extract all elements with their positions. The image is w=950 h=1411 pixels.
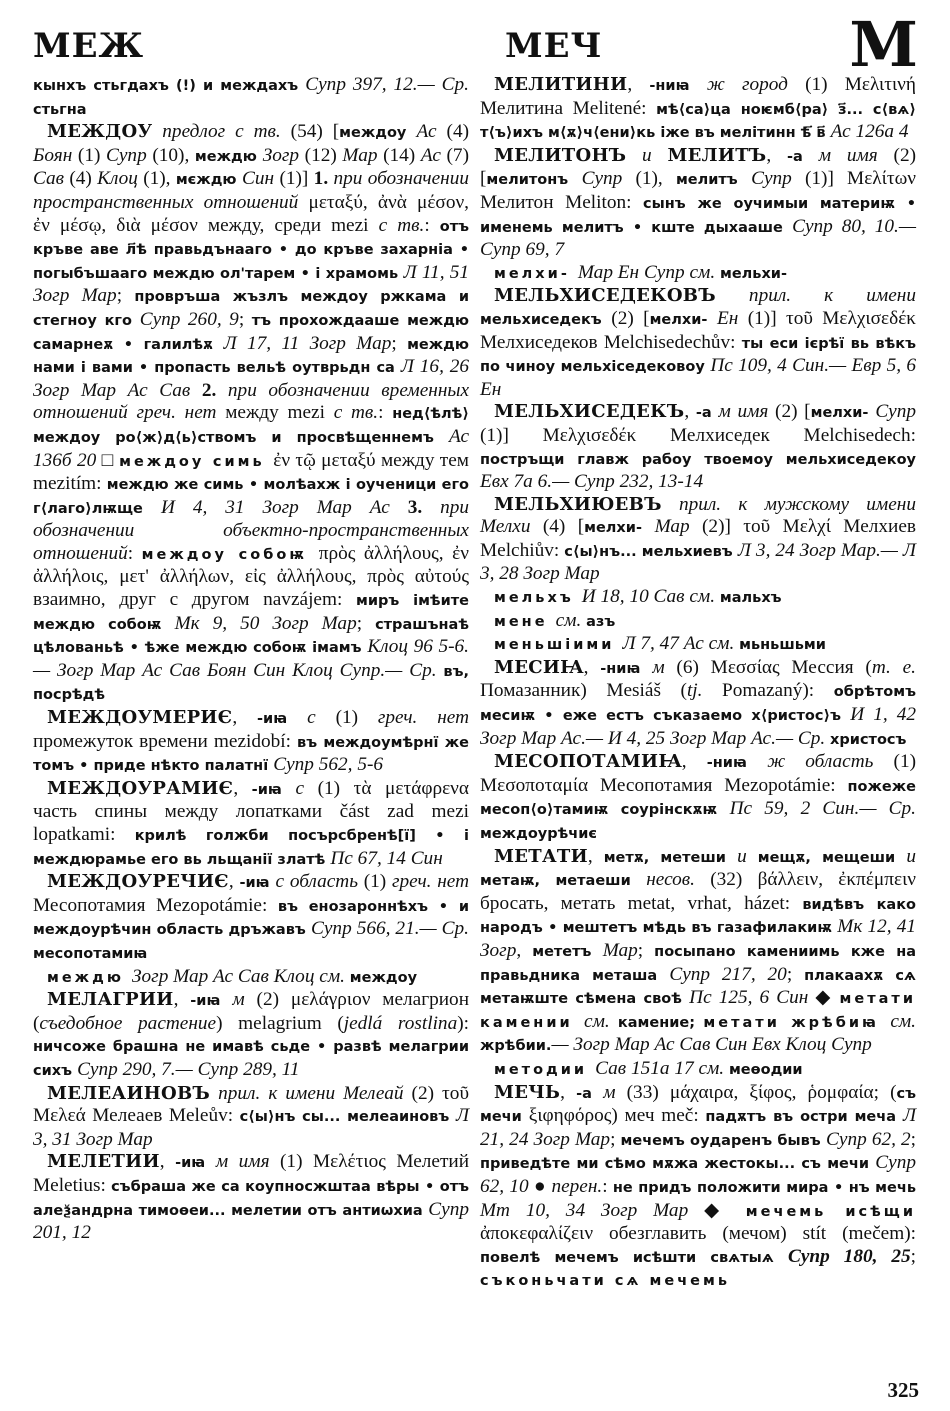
- dictionary-entry: МЕЧЬ, -а м (33) μάχαιρα, ξίφος, ῥομφαία;…: [480, 1082, 916, 1293]
- entry-text: мелхи-: [811, 405, 876, 421]
- entry-text: 1.: [314, 168, 334, 189]
- entry-text: :: [602, 1176, 613, 1197]
- entry-text: Евх 7а 6.— Супр 232, 13-14: [480, 471, 703, 492]
- entry-text: мальхъ: [720, 590, 782, 606]
- dictionary-entry: МЕЖДОУ предлог с тв. (54) [междоу Ас (4)…: [33, 121, 469, 707]
- entry-text: месопотамиꙗ: [33, 946, 147, 962]
- entry-text: междю: [195, 149, 263, 165]
- entry-text: -иꙗ: [190, 993, 232, 1009]
- entry-text: Боян: [33, 145, 78, 166]
- entry-text: ,: [160, 1151, 175, 1172]
- dictionary-entry: МЕЛЬХИЮЕВЪ прил. к мужскому имени Мелхи …: [480, 494, 916, 586]
- entry-text: (4): [69, 168, 97, 189]
- entry-text: ●: [534, 1176, 551, 1197]
- section-letter: М: [849, 14, 918, 76]
- entry-text: мелитонъ: [486, 172, 581, 188]
- headword: МЕЖДОУ: [47, 121, 152, 142]
- left-running-head: МЕЖ: [33, 26, 144, 66]
- cross-reference-entry: методии Сав 151а 17 см. меѳодии: [480, 1058, 916, 1082]
- dictionary-entry: МЕЛЬХИСЕДЕКОВЪ прил. к имени мельхиседек…: [480, 285, 916, 401]
- entry-text: прил. к имени Мелеай: [210, 1083, 411, 1104]
- entry-text: ,: [584, 657, 601, 678]
- entry-text: Супр: [582, 168, 636, 189]
- entry-text: (54) [: [291, 121, 339, 142]
- headword: МЕЧЬ: [494, 1082, 560, 1103]
- headword: МЕСИꙖ: [494, 657, 584, 678]
- entry-text: Пс 125, 6 Син: [689, 987, 815, 1008]
- entry-text: м: [652, 657, 676, 678]
- entry-text: Сав: [33, 168, 69, 189]
- entry-text: мелхи-: [650, 312, 717, 328]
- entry-text: ,: [233, 778, 251, 799]
- entry-text: ж город: [707, 74, 805, 95]
- entry-text: падѫтъ въ остри меча: [705, 1109, 903, 1125]
- entry-text: (33) μάχαιρα, ξίφος, ῥομφαία; (: [627, 1082, 897, 1103]
- entry-text: Ен: [717, 308, 748, 329]
- entry-text: tj.: [687, 680, 703, 701]
- entry-text: см.: [556, 610, 587, 631]
- entry-text: междоу: [339, 125, 416, 141]
- entry-text: мелхи-: [584, 520, 654, 536]
- headword: МЕЛЬХИСЕДЕКЪ: [494, 401, 684, 422]
- dictionary-entry: МЕЛИТИНИ, -ниꙗ ж город (1) Μελιτινή Мели…: [480, 74, 916, 145]
- headword: МЕЛАГРИИ: [47, 989, 174, 1010]
- entry-text: :: [128, 543, 142, 564]
- entry-text: -иꙗ: [175, 1155, 216, 1171]
- entry-text: Син: [242, 168, 279, 189]
- headword: МЕЛИТОНЪ: [494, 145, 626, 166]
- entry-text: с⟨ы⟩нъ сы... мелеаиновъ: [240, 1109, 456, 1125]
- entry-text: м имя: [819, 145, 894, 166]
- entry-text: Сав 151а 17 см.: [595, 1058, 729, 1079]
- entry-text: 3.: [408, 497, 440, 518]
- cross-reference-entry: мельхъ И 18, 10 Сав см. мальхъ: [480, 586, 916, 610]
- entry-text: (10),: [152, 145, 195, 166]
- headword: МЕЛЬХИСЕДЕКОВЪ: [494, 285, 716, 306]
- cross-reference-entry: мене см. азъ: [480, 610, 916, 634]
- entry-text: не придъ положити мира • нъ мечь: [613, 1180, 916, 1196]
- entry-text: И 18, 10 Сав см.: [582, 586, 720, 607]
- entry-text: 2.: [202, 380, 228, 401]
- entry-text: -иꙗ: [252, 782, 296, 798]
- entry-text: мельхъ: [494, 590, 582, 606]
- entry-text: (1),: [143, 168, 176, 189]
- headword: МЕЛЕАИНОВЪ: [47, 1083, 210, 1104]
- entry-text: ;: [117, 285, 135, 306]
- entry-text: ;: [391, 333, 407, 354]
- headword: МЕЛЬХИЮЕВЪ: [494, 494, 662, 515]
- entry-text: (2) [: [611, 308, 649, 329]
- headword: МЕЖДОУРАМИЄ: [47, 778, 233, 799]
- right-running-head: МЕЧ: [505, 26, 603, 66]
- entry-text: ἀποκεφαλίζειν обезглавить (мечом) stít (…: [480, 1223, 916, 1244]
- entry-text: ;: [610, 1129, 620, 1150]
- entry-text: междоурѣчиє: [480, 826, 597, 842]
- entry-text: промежуток времени mezidobí:: [33, 731, 297, 752]
- entry-text: с тв.: [334, 402, 378, 423]
- entry-text: см.: [890, 1011, 916, 1032]
- entry-text: Помазанник) Mesiáš (: [480, 680, 687, 701]
- dictionary-entry: МЕЛЬХИСЕДЕКЪ, -а м имя (2) [мелхи- Супр …: [480, 401, 916, 493]
- page-header: МЕЖ МЕЧ М: [30, 14, 920, 74]
- entry-text: мелхи-: [494, 266, 578, 282]
- headword: МЕЖДОУМЕРИЄ: [47, 707, 232, 728]
- entry-text: ξιφηφόρος) меч meč:: [529, 1105, 706, 1126]
- entry-text: прил. к имени: [716, 285, 916, 306]
- entry-text: мєждю: [176, 172, 242, 188]
- entry-text: Супр 260, 9: [140, 309, 239, 330]
- entry-text: jedlá rostlina: [344, 1013, 457, 1034]
- entry-text: ,: [174, 989, 191, 1010]
- entry-text: мечемъ оударенъ бывъ: [621, 1133, 827, 1149]
- cross-reference-entry: мелхи- Мар Ен Супр см. мельхи-: [480, 262, 916, 286]
- entry-text: ,: [516, 940, 532, 961]
- entry-text: азъ: [586, 614, 615, 630]
- entry-text: (1): [336, 707, 378, 728]
- dictionary-page: МЕЖ МЕЧ М кынхъ стьгдахъ (!) и междахъ С…: [0, 0, 950, 1411]
- entry-text: и: [737, 846, 758, 867]
- entry-text: Супр 290, 7.— Супр 289, 11: [77, 1059, 299, 1080]
- entry-text: МЕЛИТЪ: [667, 145, 766, 166]
- entry-text: с: [296, 778, 318, 799]
- entry-text: ;: [357, 613, 375, 634]
- entry-text: предлог с тв.: [152, 121, 290, 142]
- dictionary-entry: МЕЛЕТИИ, -иꙗ м имя (1) Μελέτιος Мелетий …: [33, 1151, 469, 1244]
- entry-text: несов.: [646, 869, 710, 890]
- entry-text: Месопотамия Mezopotámie:: [33, 895, 278, 916]
- entry-text: м: [232, 989, 256, 1010]
- entry-text: — Зогр Мар Ас Сав Син Евх Клоц Супр: [551, 1034, 871, 1055]
- entry-text: Зогр: [263, 145, 305, 166]
- entry-text: ) melagrium (: [216, 1013, 344, 1034]
- entry-text: постръщи главж рабоу твоемоу мельхиседек…: [480, 452, 916, 468]
- entry-text: мельхиседекъ: [480, 312, 611, 328]
- entry-text: Ас: [421, 145, 447, 166]
- entry-text: -иꙗ: [239, 875, 275, 891]
- entry-text: -а: [787, 149, 819, 165]
- dictionary-entry: МЕЛИТОНЪ и МЕЛИТЪ, -а м имя (2) [мелитон…: [480, 145, 916, 262]
- cross-reference-entry: междю Зогр Мар Ас Сав Клоц см. междоу: [33, 966, 469, 990]
- entry-text: Клоц: [97, 168, 143, 189]
- entry-text: ,: [560, 1082, 576, 1103]
- entry-text: ;: [239, 309, 252, 330]
- entry-text: ,: [229, 871, 240, 892]
- entry-text: -ниꙗ: [707, 755, 767, 771]
- entry-text: Ас: [417, 121, 447, 142]
- continued-entry: кынхъ стьгдахъ (!) и междахъ Супр 397, 1…: [33, 74, 469, 121]
- entry-text: Мар: [655, 516, 702, 537]
- entry-text: междоу симь: [119, 454, 273, 470]
- entry-text: ,: [588, 846, 604, 867]
- entry-text: съконьчати сѧ мечемь: [480, 1273, 730, 1289]
- entry-text: м имя: [719, 401, 776, 422]
- entry-text: ):: [457, 1013, 469, 1034]
- entry-text: :: [424, 215, 439, 236]
- entry-text: перен.: [551, 1176, 602, 1197]
- entry-text: камение;: [618, 1015, 704, 1031]
- entry-text: с⟨ы⟩нъ... мельхиевъ: [564, 544, 738, 560]
- entry-text: Ас 126а 4: [831, 121, 909, 142]
- headword: МЕТАТИ: [494, 846, 588, 867]
- entry-text: метаѭ, метаеши: [480, 873, 646, 889]
- entry-text: ;: [638, 940, 654, 961]
- entry-text: ;: [911, 1129, 916, 1150]
- entry-text: мелитъ: [676, 172, 751, 188]
- right-column: МЕЛИТИНИ, -ниꙗ ж город (1) Μελιτινή Мели…: [480, 74, 916, 1293]
- dictionary-entry: МЕЛАГРИИ, -иꙗ м (2) μελάγριον мелагрион …: [33, 989, 469, 1082]
- entry-text: -а: [576, 1086, 603, 1102]
- entry-text: приведѣте ми сѣмо мѫжа жестокы... съ меч…: [480, 1156, 875, 1172]
- entry-text: (1): [364, 871, 392, 892]
- entry-text: междоу собоѭ: [142, 547, 319, 563]
- entry-text: -ниꙗ: [649, 78, 706, 94]
- entry-text: с тв.: [379, 215, 425, 236]
- entry-text: :: [378, 402, 392, 423]
- entry-text: Мк 9, 50 Зогр Мар: [175, 613, 357, 634]
- dictionary-entry: МЕСОПОТАМИꙖ, -ниꙗ ж область (1) Μεσοποτα…: [480, 751, 916, 845]
- entry-text: Л 7, 47 Ас см.: [622, 633, 739, 654]
- entry-text: (4) [: [543, 516, 584, 537]
- entry-text: Супр 566, 21.— Ср.: [311, 918, 469, 939]
- entry-text: с: [307, 707, 335, 728]
- entry-text: ◆: [815, 987, 839, 1008]
- entry-text: т. е.: [872, 657, 916, 678]
- entry-text: (1): [78, 145, 106, 166]
- entry-text: и: [626, 145, 667, 166]
- entry-text: Супр 180, 25: [788, 1246, 911, 1267]
- entry-text: Супр: [106, 145, 152, 166]
- dictionary-entry: МЕЖДОУРАМИЄ, -иꙗ с (1) τὰ μετάφρενα част…: [33, 778, 469, 871]
- entry-text: Л 17, 11 Зогр Мар: [224, 333, 392, 354]
- entry-text: Мар: [342, 145, 383, 166]
- entry-text: повелѣ мечемъ исѣшти свѧтыѧ: [480, 1250, 788, 1266]
- entry-text: м: [603, 1082, 626, 1103]
- entry-text: И 4, 31 Зогр Мар Ас: [161, 497, 408, 518]
- entry-text: Мар Ен Супр см.: [578, 262, 720, 283]
- entry-text: -а: [696, 405, 719, 421]
- entry-text: междоу: [350, 970, 417, 986]
- entry-text: (1)]: [279, 168, 313, 189]
- entry-text: Супр 62, 2: [826, 1129, 911, 1150]
- entry-text: Супр 562, 5-6: [273, 754, 383, 775]
- entry-text: Зогр Мар Ас Сав Клоц см.: [132, 966, 350, 987]
- entry-text: Мар: [603, 940, 638, 961]
- entry-text: мьньшьми: [739, 637, 826, 653]
- entry-text: (12): [305, 145, 343, 166]
- entry-text: мещѫ, мещеши: [758, 850, 907, 866]
- entry-text: м имя: [216, 1151, 280, 1172]
- entry-text: ,: [232, 707, 257, 728]
- entry-text: ,: [682, 751, 707, 772]
- entry-text: мене: [494, 614, 556, 630]
- entry-text: мететъ: [532, 944, 602, 960]
- entry-text: кынхъ стьгдахъ (!) и междахъ: [33, 78, 305, 94]
- entry-text: метати жрѣбиꙗ: [703, 1015, 890, 1031]
- entry-text: меѳодии: [729, 1062, 803, 1078]
- entry-text: с область: [276, 871, 364, 892]
- entry-text: Пс 59, 2 Син.— Ср.: [730, 798, 916, 819]
- entry-text: -ниꙗ: [600, 661, 652, 677]
- headword: МЕЖДОУРЕЧИЄ: [47, 871, 229, 892]
- headword: МЕЛЕТИИ: [47, 1151, 160, 1172]
- entry-text: Пс 67, 14 Син: [330, 848, 442, 869]
- entry-text: съедобное растение: [39, 1013, 216, 1034]
- entry-text: метѫ, метеши: [604, 850, 737, 866]
- entry-text: ;: [911, 1246, 916, 1267]
- entry-text: Супр: [875, 401, 916, 422]
- entry-text: междю: [47, 970, 132, 986]
- entry-text: ж область: [767, 751, 893, 772]
- entry-text: (1),: [635, 168, 675, 189]
- entry-text: между mezi: [225, 402, 333, 423]
- entry-text: мельхи-: [720, 266, 787, 282]
- entry-text: Мт 10, 34 Зогр Мар: [480, 1200, 704, 1221]
- entry-text: меньшіими: [494, 637, 622, 653]
- left-column: кынхъ стьгдахъ (!) и междахъ Супр 397, 1…: [33, 74, 469, 1245]
- entry-text: (7): [447, 145, 469, 166]
- entry-text: -иꙗ: [257, 711, 307, 727]
- entry-text: греч. нет: [378, 707, 469, 728]
- page-number: 325: [888, 1378, 920, 1403]
- entry-text: греч. нет: [392, 871, 469, 892]
- entry-text: ,: [766, 145, 787, 166]
- entry-text: (14): [383, 145, 421, 166]
- headword: МЕСОПОТАМИꙖ: [494, 751, 682, 772]
- dictionary-entry: МЕТАТИ, метѫ, метеши и мещѫ, мещеши и ме…: [480, 846, 916, 1058]
- entry-text: Супр 217, 20: [669, 964, 787, 985]
- entry-text: (2) [: [775, 401, 811, 422]
- dictionary-entry: МЕЖДОУМЕРИЄ, -иꙗ с (1) греч. нет промежу…: [33, 707, 469, 778]
- entry-text: Pomazaný):: [702, 680, 833, 701]
- entry-text: Супр 397, 12.— Ср.: [305, 74, 469, 95]
- entry-text: (6) Μεσσίας Мессия (: [676, 657, 871, 678]
- entry-text: стьгна: [33, 102, 87, 118]
- entry-text: ,: [627, 74, 649, 95]
- entry-text: мечемь исѣщи: [746, 1204, 916, 1220]
- dictionary-entry: МЕСИꙖ, -ниꙗ м (6) Μεσσίας Мессия (т. е. …: [480, 657, 916, 751]
- entry-text: (1)] Μελχισεδέκ Мелхиседек Melchisedech:: [480, 425, 916, 446]
- dictionary-entry: МЕЖДОУРЕЧИЄ, -иꙗ с область (1) греч. нет…: [33, 871, 469, 965]
- headword: МЕЛИТИНИ: [494, 74, 627, 95]
- entry-text: □: [102, 450, 120, 471]
- entry-text: см.: [584, 1011, 618, 1032]
- entry-text: ,: [684, 401, 695, 422]
- dictionary-entry: МЕЛЕАИНОВЪ прил. к имени Мелеай (2) τοῦ …: [33, 1083, 469, 1152]
- entry-text: Супр: [751, 168, 805, 189]
- cross-reference-entry: меньшіими Л 7, 47 Ас см. мьньшьми: [480, 633, 916, 657]
- entry-text: жрѣбии.: [480, 1038, 551, 1054]
- entry-text: христосъ: [830, 732, 906, 748]
- entry-text: (4): [447, 121, 469, 142]
- entry-text: ;: [787, 964, 804, 985]
- entry-text: и: [906, 846, 916, 867]
- entry-text: методии: [494, 1062, 595, 1078]
- entry-text: ◆: [704, 1200, 746, 1221]
